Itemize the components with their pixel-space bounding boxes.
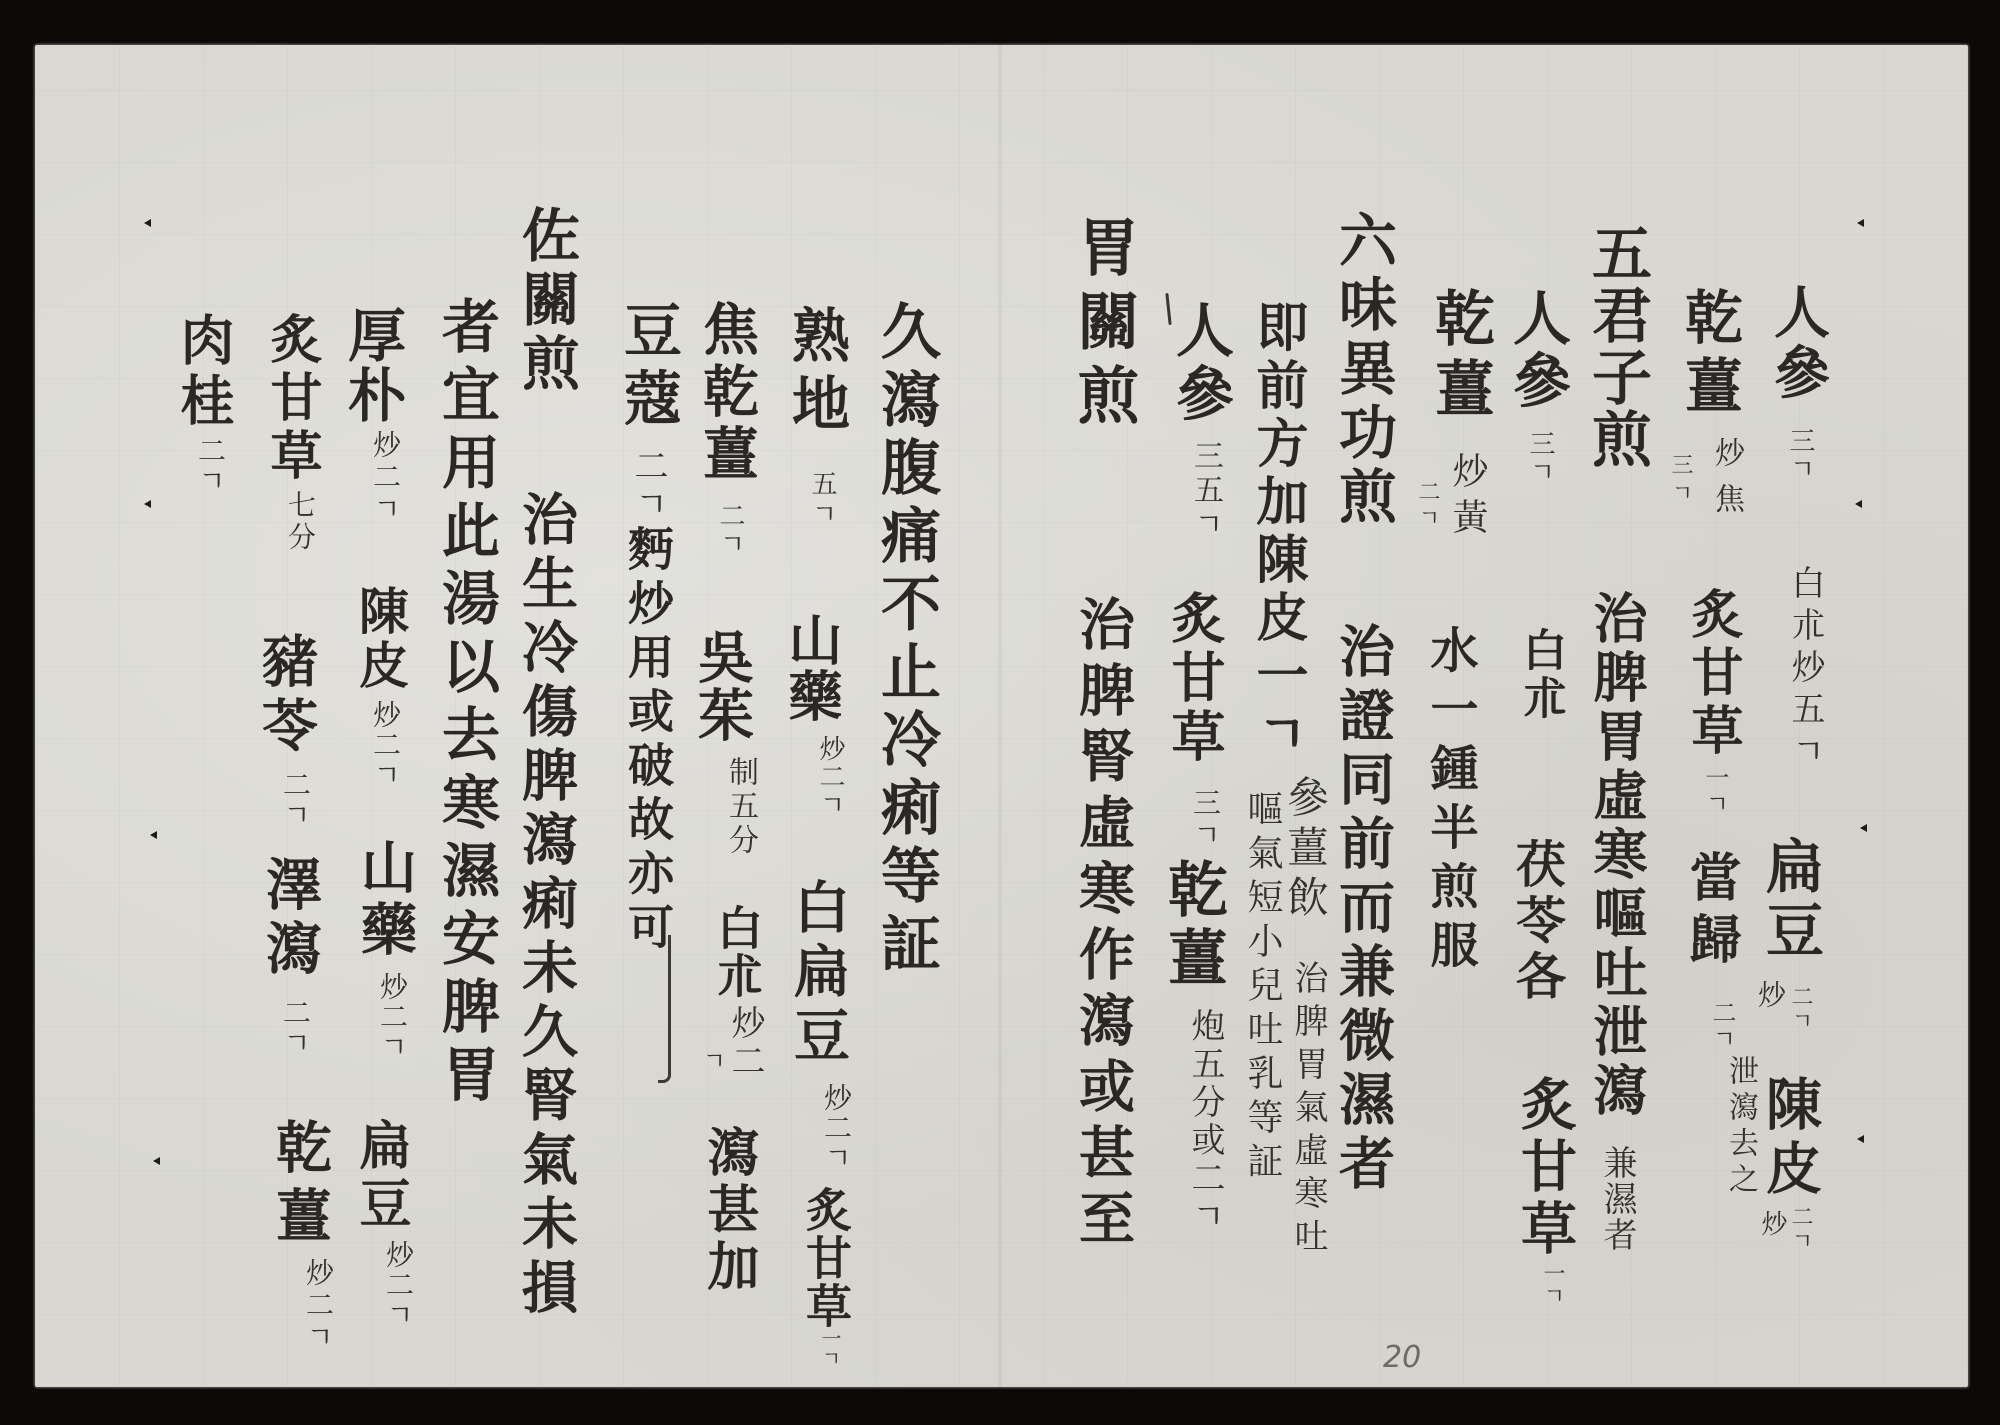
dosage-note: 二ㄱ <box>196 436 224 496</box>
dosage-note: 炒二ㄱ <box>371 430 399 526</box>
margin-dot-right-3 <box>1860 824 1867 832</box>
usage-note: 麪炒用或破故亦可 <box>625 525 671 957</box>
herb-entry: 當歸 <box>1684 850 1736 974</box>
herb-entry: 人參 <box>1171 300 1229 426</box>
dosage-note: 二ㄱ <box>281 770 309 830</box>
herb-entry: 乾薑 <box>1163 858 1223 994</box>
dosage-note: 五ㄱ <box>809 470 835 530</box>
margin-dot-left-3 <box>150 831 157 839</box>
dosage-note: 炒二 <box>728 1005 762 1081</box>
herb-entry: 厚朴 <box>343 305 401 425</box>
herb-entry: 白扁豆 <box>790 878 846 1070</box>
margin-dot-right-1 <box>1857 219 1864 227</box>
dosage-note: 三ㄱ <box>1527 430 1553 486</box>
dosage-note: 炒二ㄱ <box>378 972 406 1062</box>
indication-text: 治脾胃氣虛寒吐 <box>1291 960 1325 1261</box>
dosage-note: 炒二ㄱ <box>384 1240 412 1330</box>
herb-entry: 焦乾薑 <box>699 300 755 486</box>
indication-text: 兼濕者 <box>1600 1145 1634 1253</box>
dosage-note: 二ㄱ <box>1710 1000 1734 1052</box>
herb-entry: 扁豆 <box>1761 836 1819 964</box>
herb-entry: 豬苓 <box>258 632 314 760</box>
herb-entry: 炙甘草 <box>1168 590 1222 767</box>
indication-text: 治脾胃虛寒嘔吐泄瀉 <box>1590 590 1644 1121</box>
bracket-mark <box>658 935 671 1083</box>
herb-entry: 扁豆 <box>354 1118 406 1234</box>
prescription-title: 五君子煎 <box>1587 222 1647 470</box>
dosage-note: 二ㄱ <box>1416 480 1438 532</box>
herb-entry: 陳皮 <box>355 585 405 693</box>
dosage-note: 炮五分或二ㄱ <box>1188 1008 1222 1236</box>
dosage-note: 二ㄱ <box>631 448 665 524</box>
herb-entry: 乾薑 <box>1680 287 1738 423</box>
dosage-note: 三五ㄱ <box>1190 440 1220 542</box>
margin-dot-left-2 <box>144 500 151 508</box>
dosage-note: 二ㄱ <box>717 502 743 558</box>
herb-entry: 豆蔻 <box>619 300 677 436</box>
herb-entry: 茯苓各 <box>1512 838 1562 1006</box>
dosage-note: 炒 <box>1759 1210 1785 1236</box>
herb-entry: 熟地 <box>787 305 845 441</box>
manuscript-text: 人參 三ㄱ 白朮炒五ㄱ 扁豆 炒 二ㄱ 陳皮 炒 二ㄱ 乾薑 炒焦 三ㄱ 炙甘草… <box>0 0 2000 1425</box>
herb-entry: 即前方加陳皮一ㄱ <box>1251 300 1303 764</box>
herb-entry: 乾薑 <box>272 1118 328 1254</box>
herb-entry: 白朮 <box>714 904 760 1000</box>
prescription-title: 六味異功煎 <box>1334 210 1392 530</box>
margin-dot-left-4 <box>153 1157 160 1165</box>
herb-entry: 陳皮 <box>1762 1075 1818 1203</box>
herb-entry: 乾薑 <box>1430 287 1490 427</box>
dosage-note: 炒黃 <box>1449 452 1485 544</box>
dosage-note: 炒 <box>1756 980 1784 1008</box>
indication-text: 治證同前而兼微濕者 <box>1335 622 1391 1198</box>
dosage-note: 炒二ㄱ <box>304 1258 332 1354</box>
margin-dot-right-4 <box>1857 1135 1864 1143</box>
dosage-note: 三ㄱ <box>1787 427 1813 483</box>
indication-text: 嘔氣短小兒吐乳等証 <box>1244 790 1280 1186</box>
herb-entry: 吳茱 <box>694 628 750 744</box>
indication-text: 治脾腎虛寒作瀉或甚至 <box>1075 595 1131 1255</box>
herb-entry: 山藥 <box>785 612 839 724</box>
dosage-note: 三ㄱ <box>1669 453 1691 509</box>
herb-entry: 山藥 <box>357 838 413 962</box>
herb-entry: 炙甘草 <box>803 1186 849 1330</box>
usage-note: 瀉甚加 <box>702 1125 754 1296</box>
dosage-note: 一ㄱ <box>820 1328 840 1368</box>
dosage-note: 二ㄱ <box>1789 985 1811 1033</box>
dosage-note: ㄱ <box>700 1048 724 1072</box>
dosage-note: 二ㄱ <box>281 998 309 1058</box>
herb-entry: 炙甘草 <box>1517 1075 1573 1261</box>
herb-entry: 炙甘草 <box>1686 587 1738 761</box>
usage-note: 水一鍾半煎服 <box>1426 625 1474 979</box>
herb-entry: 澤瀉 <box>262 855 318 983</box>
dosage-note: 炒二ㄱ <box>371 700 399 790</box>
margin-dot-left-1 <box>144 219 151 227</box>
dosage-note: 一ㄱ <box>1541 1262 1563 1306</box>
indication-text: 者宜用此湯以去寒濕安脾胃 <box>437 296 495 1112</box>
dosage-note: 三ㄱ <box>1191 788 1219 852</box>
dosage-note: 七分 <box>286 490 314 554</box>
usage-note: 泄瀉去之 <box>1725 1055 1755 1199</box>
prescription-title: 參薑飲 <box>1284 775 1326 925</box>
dosage-note: 炒二ㄱ <box>817 735 843 819</box>
page-number: 20 <box>1383 1343 1421 1373</box>
herb-entry: 肉桂 <box>177 312 231 432</box>
dosage-note: 炒焦 <box>1711 437 1741 529</box>
dosage-note: 二ㄱ <box>1789 1205 1811 1253</box>
herb-entry: 白朮炒五ㄱ <box>1788 565 1822 775</box>
prescription-title: 胃關煎 <box>1072 215 1134 437</box>
herb-entry: 炙甘草 <box>265 312 317 486</box>
herb-entry: 人參 <box>1770 283 1826 403</box>
indication-text: 治生冷傷脾瀉痢未久腎氣未損 <box>518 490 574 1322</box>
herb-entry: 人參 <box>1508 288 1566 412</box>
dosage-note: 炒二ㄱ <box>822 1083 850 1173</box>
dosage-note: 制五分 <box>725 756 755 858</box>
herb-entry: 白朮 <box>1518 627 1562 723</box>
indication-text: 久瀉腹痛不止冷痢等証 <box>876 300 936 980</box>
margin-dot-right-2 <box>1855 500 1862 508</box>
prescription-title: 佐關煎 <box>517 205 575 397</box>
dosage-note: 一ㄱ <box>1703 765 1727 817</box>
